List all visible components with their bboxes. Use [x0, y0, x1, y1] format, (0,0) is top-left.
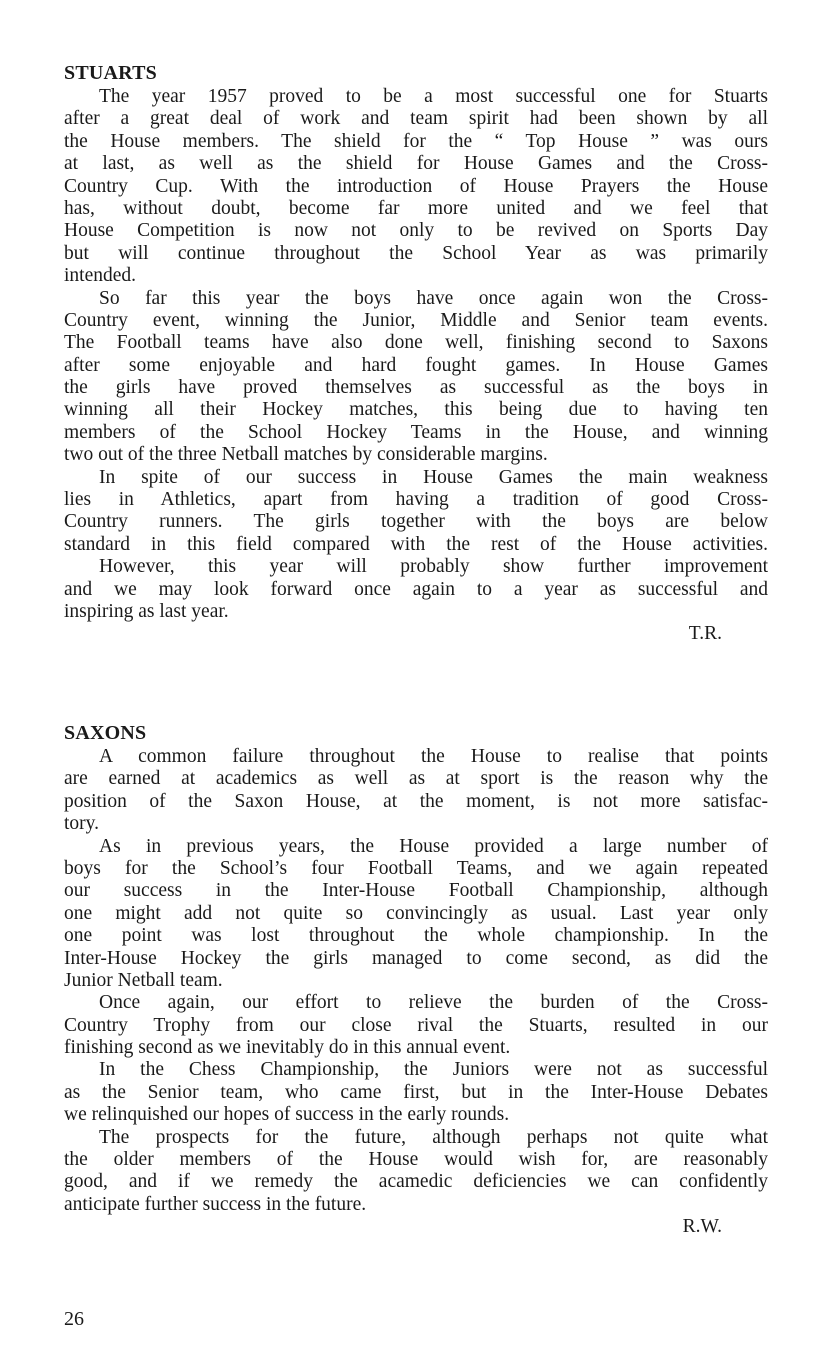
- text-line: after some enjoyable and hard fought gam…: [64, 355, 768, 377]
- section-heading: STUARTS: [64, 60, 768, 86]
- text-line: The Football teams have also done well, …: [64, 332, 768, 354]
- text-line: Country Cup. With the introduction of Ho…: [64, 176, 768, 198]
- text-line: inspiring as last year.: [64, 601, 768, 623]
- text-line: the House members. The shield for the “ …: [64, 131, 768, 153]
- text-line: lies in Athletics, apart from having a t…: [64, 489, 768, 511]
- section-saxons: SAXONS A common failure throughout the H…: [64, 720, 768, 1239]
- text-line: members of the School Hockey Teams in th…: [64, 422, 768, 444]
- text-line: at last, as well as the shield for House…: [64, 153, 768, 175]
- text-line: as the Senior team, who came first, but …: [64, 1082, 768, 1104]
- text-line: As in previous years, the House provided…: [64, 836, 768, 858]
- text-line: intended.: [64, 265, 768, 287]
- section-body: A common failure throughout the House to…: [64, 746, 768, 1216]
- text-line: In spite of our success in House Games t…: [64, 467, 768, 489]
- text-line: So far this year the boys have once agai…: [64, 288, 768, 310]
- text-line: position of the Saxon House, at the mome…: [64, 791, 768, 813]
- text-line: and we may look forward once again to a …: [64, 579, 768, 601]
- text-line: Country event, winning the Junior, Middl…: [64, 310, 768, 332]
- text-line: The prospects for the future, although p…: [64, 1127, 768, 1149]
- section-heading: SAXONS: [64, 720, 768, 746]
- text-line: Junior Netball team.: [64, 970, 768, 992]
- text-line: are earned at academics as well as at sp…: [64, 768, 768, 790]
- text-line: Country Trophy from our close rival the …: [64, 1015, 768, 1037]
- text-line: Country runners. The girls together with…: [64, 511, 768, 533]
- text-line: finishing second as we inevitably do in …: [64, 1037, 768, 1059]
- text-line: House Competition is now not only to be …: [64, 220, 768, 242]
- signature: R.W.: [64, 1216, 768, 1238]
- section-stuarts: STUARTS The year 1957 proved to be a mos…: [64, 60, 768, 646]
- text-line: one point was lost throughout the whole …: [64, 925, 768, 947]
- text-line: Once again, our effort to relieve the bu…: [64, 992, 768, 1014]
- text-line: the older members of the House would wis…: [64, 1149, 768, 1171]
- text-line: the girls have proved themselves as succ…: [64, 377, 768, 399]
- text-line: Inter-House Hockey the girls managed to …: [64, 948, 768, 970]
- text-line: The year 1957 proved to be a most succes…: [64, 86, 768, 108]
- text-line: two out of the three Netball matches by …: [64, 444, 768, 466]
- text-line: However, this year will probably show fu…: [64, 556, 768, 578]
- text-line: but will continue throughout the School …: [64, 243, 768, 265]
- text-line: anticipate further success in the future…: [64, 1194, 768, 1216]
- text-line: one might add not quite so convincingly …: [64, 903, 768, 925]
- text-line: winning all their Hockey matches, this b…: [64, 399, 768, 421]
- text-line: has, without doubt, become far more unit…: [64, 198, 768, 220]
- text-line: good, and if we remedy the acamedic defi…: [64, 1171, 768, 1193]
- text-line: tory.: [64, 813, 768, 835]
- text-line: we relinquished our hopes of success in …: [64, 1104, 768, 1126]
- text-line: A common failure throughout the House to…: [64, 746, 768, 768]
- text-line: after a great deal of work and team spir…: [64, 108, 768, 130]
- text-line: our success in the Inter-House Football …: [64, 880, 768, 902]
- text-line: boys for the School’s four Football Team…: [64, 858, 768, 880]
- page-number: 26: [64, 1308, 84, 1331]
- text-line: standard in this field compared with the…: [64, 534, 768, 556]
- text-line: In the Chess Championship, the Juniors w…: [64, 1059, 768, 1081]
- section-body: The year 1957 proved to be a most succes…: [64, 86, 768, 623]
- signature: T.R.: [64, 623, 768, 645]
